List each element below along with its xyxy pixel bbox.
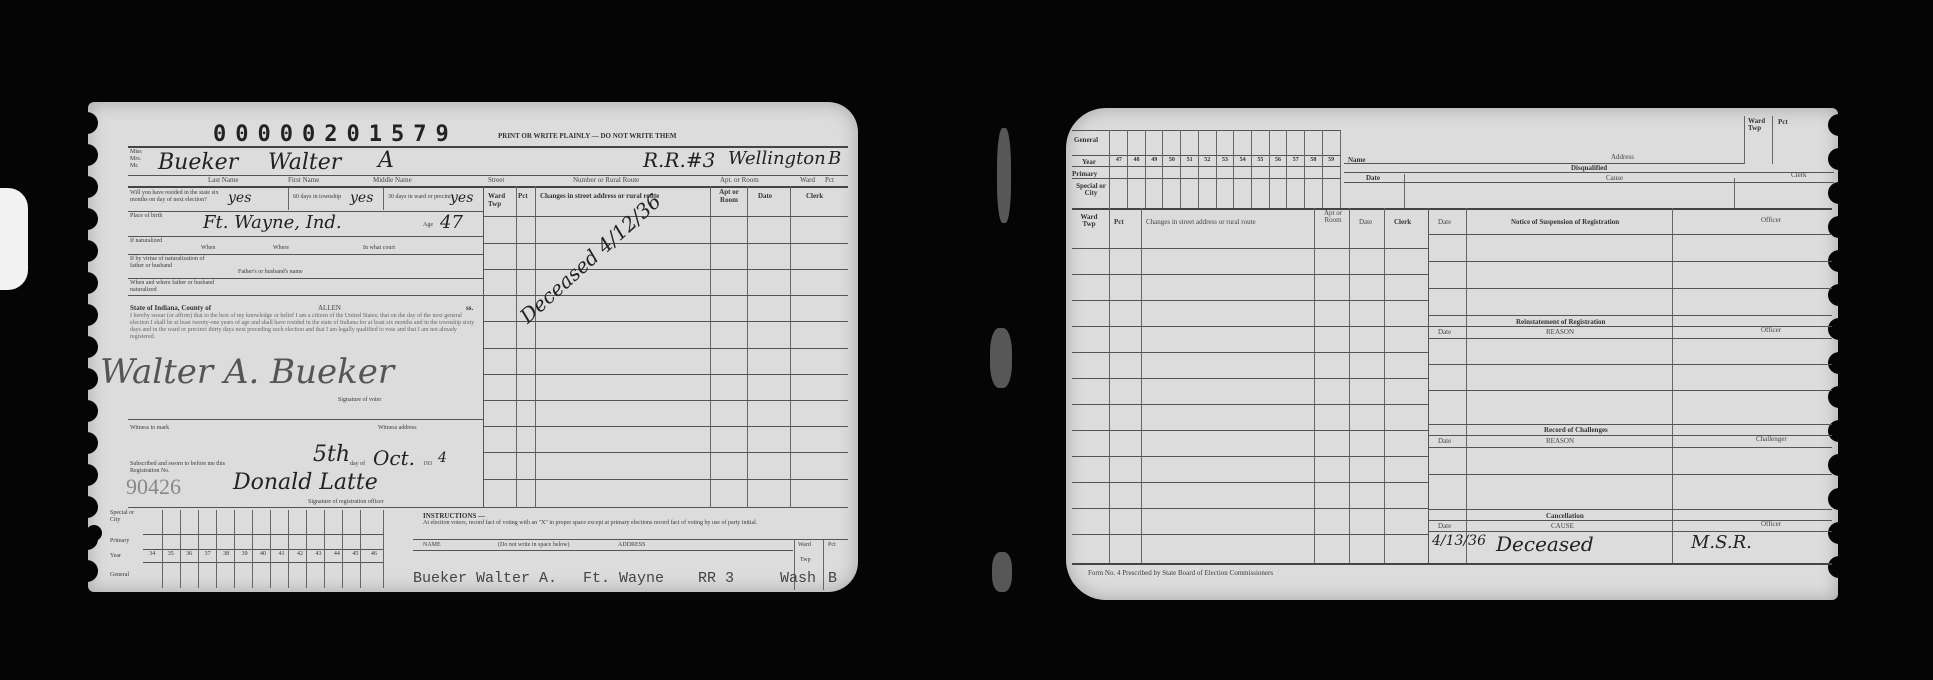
- officer-signature: Donald Latte: [233, 470, 378, 495]
- footer-typed-ward: Wash: [780, 570, 816, 587]
- registration-number: 90426: [126, 474, 181, 500]
- scan-artifact: [992, 552, 1012, 592]
- subscribed-year: 4: [438, 450, 447, 466]
- ward-label: Ward: [800, 176, 815, 184]
- birth-label: Place of birth: [130, 213, 170, 220]
- voting-years-left: 34 35 36 37 38 39 40 41 42 43 44 45 46: [143, 551, 383, 557]
- last-name-label: Last Name: [208, 176, 239, 184]
- disqualified-cause-label: Cause: [1606, 174, 1623, 182]
- deceased-annotation: Deceased 4/12/36: [515, 189, 666, 328]
- age-label: Age: [423, 222, 433, 229]
- footer-typed-name: Bueker Walter A.: [413, 570, 557, 587]
- cancellation-officer: M.S.R.: [1691, 532, 1752, 553]
- oath-heading: State of Indiana, County of: [130, 304, 211, 312]
- parent-name-label: Father's or husband's name: [238, 269, 303, 276]
- cancellation-date: 4/13/36: [1432, 533, 1486, 549]
- year-label: 193: [423, 461, 432, 468]
- residency-township-question: 60 days in township: [293, 194, 353, 201]
- street-label: Street: [488, 176, 504, 184]
- residency-ward-answer: yes: [450, 190, 473, 206]
- naturalized-where-label: Where: [273, 245, 289, 252]
- header-instruction: PRINT OR WRITE PLAINLY — DO NOT WRITE TH…: [498, 132, 677, 140]
- witness-label: Witness to mark: [130, 425, 169, 432]
- naturalized-label: If naturalized: [130, 238, 175, 245]
- footer-typed-pct: B: [828, 570, 837, 587]
- residency-state-answer: yes: [228, 190, 251, 206]
- naturalized-when-label: When: [201, 245, 215, 252]
- instructions-heading: INSTRUCTIONS —: [423, 512, 485, 520]
- first-name-label: First Name: [288, 176, 319, 184]
- naturalization-parent-label: If by virtue of naturalization of father…: [130, 256, 205, 270]
- footer-name-label: NAME: [423, 542, 441, 549]
- footer-typed-route: RR 3: [698, 570, 734, 587]
- birth-place-value: Ft. Wayne, Ind.: [203, 212, 342, 233]
- naturalization-when-label: When and where father or husband natural…: [130, 280, 215, 294]
- voter-signature-label: Signature of voter: [338, 397, 381, 404]
- residency-township-answer: yes: [350, 190, 373, 206]
- route-value: R.R.#3: [643, 148, 715, 172]
- oath-ss: ss.: [466, 304, 473, 312]
- punch-hole: [86, 525, 102, 541]
- form-note: Form No. 4 Prescribed by State Board of …: [1088, 570, 1273, 577]
- scan-artifact: [990, 328, 1012, 388]
- scan-glare: [0, 188, 28, 290]
- voter-signature: Walter A. Bueker: [100, 352, 394, 392]
- footer-note: (Do not write in space below): [498, 542, 569, 549]
- serial-number: 00000201579: [213, 122, 458, 147]
- middle-name-label: Middle Name: [373, 176, 412, 184]
- officer-signature-label: Signature of registration officer: [308, 499, 384, 506]
- oath-text: I hereby swear (or affirm) that to the b…: [130, 313, 480, 341]
- cancellation-cause: Deceased: [1496, 532, 1594, 556]
- registration-card-back: General Year Primary Special or City 47 …: [1066, 108, 1838, 600]
- number-label: Number or Rural Route: [573, 176, 639, 184]
- first-name-value: Walter: [268, 150, 341, 175]
- disqualified-heading: Disqualified: [1571, 164, 1607, 172]
- pct-label: Pct: [825, 176, 834, 184]
- subscribed-month: Oct.: [373, 446, 415, 470]
- middle-name-value: A: [378, 148, 394, 173]
- transfer-pct-label: Pct: [1778, 118, 1788, 126]
- naturalized-court-label: In what court: [363, 245, 395, 252]
- transfer-address-label: Address: [1611, 153, 1634, 161]
- scan-artifact: [997, 128, 1011, 223]
- residency-state-question: Will you have resided in the state six m…: [130, 190, 230, 204]
- footer-address-label: ADDRESS: [618, 542, 645, 549]
- subscribed-label: Subscribed and sworn to before me this: [130, 461, 225, 468]
- disqualified-clerk-label: Clerk: [1791, 171, 1807, 179]
- age-value: 47: [440, 212, 463, 233]
- subscribed-day: 5th: [313, 442, 350, 467]
- transfer-ward-label: Ward Twp: [1748, 118, 1770, 132]
- witness-address-label: Witness address: [378, 425, 417, 432]
- last-name-value: Bueker: [158, 150, 238, 175]
- instructions-text: At election voters, record fact of votin…: [423, 520, 833, 527]
- footer-ward-label: Ward: [798, 542, 811, 549]
- oath-county: ALLEN: [318, 304, 341, 312]
- registration-card-front: 00000201579 PRINT OR WRITE PLAINLY — DO …: [88, 102, 858, 592]
- day-of-label: day of: [350, 461, 365, 468]
- residency-ward-question: 30 days in ward or precinct: [388, 194, 458, 201]
- disqualified-date-label: Date: [1366, 174, 1380, 182]
- footer-twp-label: Twp: [800, 557, 811, 564]
- apt-label: Apt. or Room: [720, 176, 759, 184]
- footer-typed-city: Ft. Wayne: [583, 570, 664, 587]
- township-value: Wellington: [728, 148, 826, 169]
- salutation-labels: Miss Mrs. Mr.: [130, 149, 142, 170]
- footer-pct-label: Pct: [828, 542, 836, 549]
- pct-value: B: [828, 148, 841, 169]
